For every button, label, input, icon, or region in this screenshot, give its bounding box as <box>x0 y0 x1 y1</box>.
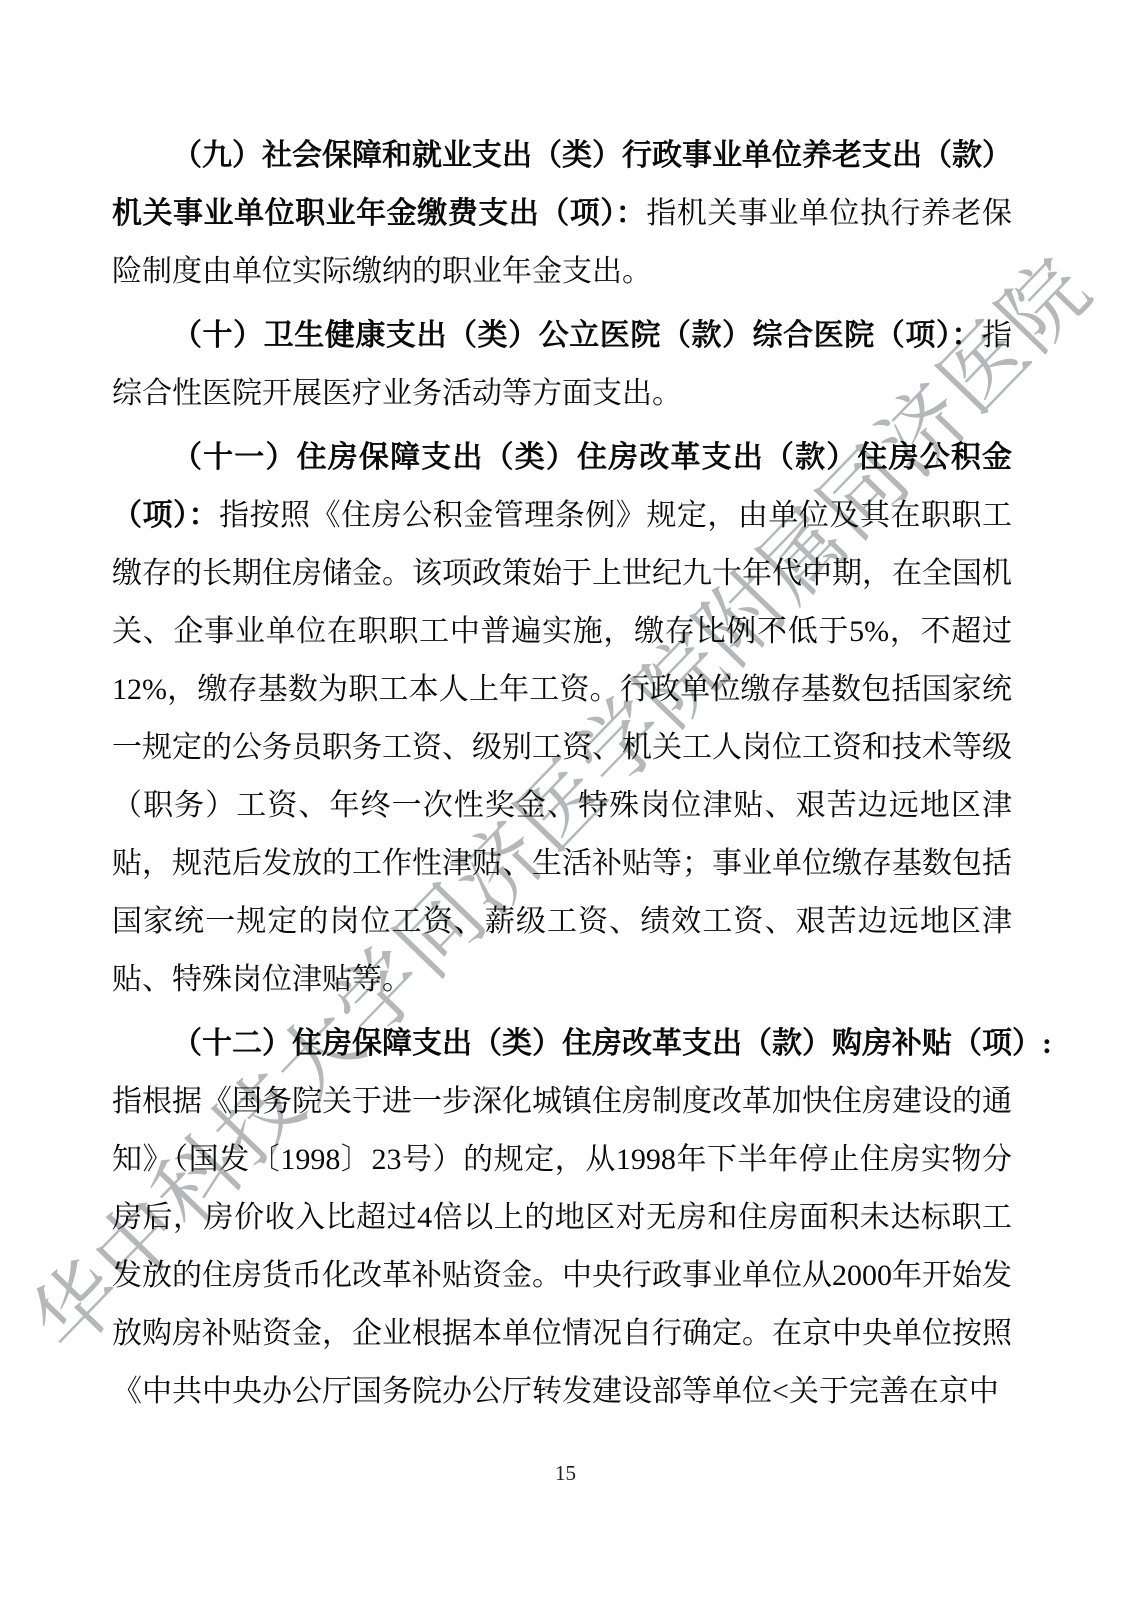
paragraph-item-9: （九）社会保障和就业支出（类）行政事业单位养老支出（款）机关事业单位职业年金缴费… <box>112 127 1012 301</box>
page-number: 15 <box>0 1460 1131 1486</box>
document-page: 华中科技大学同济医学院附属同济医院 （九）社会保障和就业支出（类）行政事业单位养… <box>0 0 1131 1600</box>
paragraph-item-12-heading: （十二）住房保障支出（类）住房改革支出（款）购房补贴（项）: <box>172 1027 1052 1060</box>
paragraph-item-10: （十）卫生健康支出（类）公立医院（款）综合医院（项）：指综合性医院开展医疗业务活… <box>112 307 1012 423</box>
paragraph-item-10-heading: （十）卫生健康支出（类）公立医院（款）综合医院（项）： <box>172 319 982 352</box>
paragraph-item-12: （十二）住房保障支出（类）住房改革支出（款）购房补贴（项）:指根据《国务院关于进… <box>112 1015 1012 1421</box>
paragraph-item-11-body: 指按照《住房公积金管理条例》规定，由单位及其在职职工缴存的长期住房储金。该项政策… <box>112 499 1012 996</box>
paragraph-item-11: （十一）住房保障支出（类）住房改革支出（款）住房公积金（项）：指按照《住房公积金… <box>112 429 1012 1009</box>
paragraph-item-12-body: 指根据《国务院关于进一步深化城镇住房制度改革加快住房建设的通知》（国发〔1998… <box>112 1085 1012 1408</box>
document-content: （九）社会保障和就业支出（类）行政事业单位养老支出（款）机关事业单位职业年金缴费… <box>112 127 1012 1427</box>
